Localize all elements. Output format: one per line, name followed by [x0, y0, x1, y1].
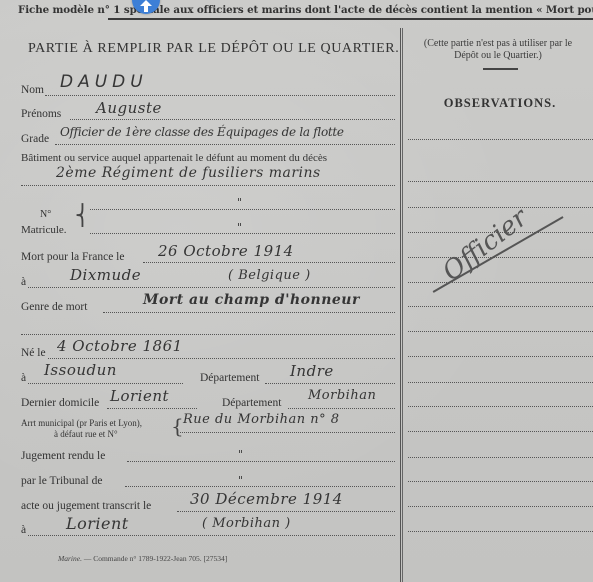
line-tribunal: [125, 486, 395, 487]
value-arrondissement: Rue du Morbihan n° 8: [183, 412, 340, 427]
label-matricule: Matricule.: [21, 224, 67, 236]
value-transcrit-dept: ( Morbihan ): [202, 516, 291, 531]
label-mort-le: Mort pour la France le: [21, 251, 124, 263]
line-transcrit: [177, 511, 395, 512]
label-mort-a: à: [21, 276, 26, 288]
label-prenoms: Prénoms: [21, 108, 61, 120]
value-domicile-departement: Morbihan: [308, 388, 376, 403]
observation-line: [408, 282, 593, 283]
line-ne-a: [28, 383, 183, 384]
observation-line: [408, 531, 593, 532]
label-grade: Grade: [21, 133, 49, 145]
observation-annotation: Officier: [437, 203, 533, 287]
column-divider: [400, 28, 403, 582]
line-ne-le: [48, 358, 395, 359]
label-nom: Nom: [21, 84, 44, 96]
line-grade: [55, 144, 395, 145]
line-jugement: [127, 461, 395, 462]
line-domicile-departement: [288, 408, 395, 409]
value-transcrit: 30 Décembre 1914: [190, 490, 343, 508]
observation-line: [408, 457, 593, 458]
value-mort-pays: ( Belgique ): [228, 268, 311, 283]
value-ne-le: 4 Octobre 1861: [57, 337, 183, 355]
observation-line: [408, 506, 593, 507]
separator-line: [21, 334, 395, 335]
header-underline: [108, 18, 593, 20]
label-arrondissement: Arrt municipal (pr Paris et Lyon),: [21, 418, 142, 428]
line-genre: [103, 312, 395, 313]
label-tribunal: par le Tribunal de: [21, 475, 102, 487]
label-domicile: Dernier domicile: [21, 397, 99, 409]
line-mort-a: [28, 287, 395, 288]
label-arrondissement-rue: à défaut rue et N°: [54, 429, 118, 439]
death-record-card: Fiche modèle n° 1 spéciale aux officiers…: [0, 0, 593, 582]
observation-line: [408, 356, 593, 357]
left-section-title: PARTIE À REMPLIR PAR LE DÉPÔT OU LE QUAR…: [28, 41, 399, 57]
observation-line: [408, 139, 593, 140]
observation-line: [408, 181, 593, 182]
label-jugement: Jugement rendu le: [21, 450, 105, 462]
line-matricule-1: [90, 209, 395, 210]
right-note-rule: [483, 68, 518, 70]
value-mort-a: Dixmude: [70, 266, 141, 284]
observation-line: [408, 257, 593, 258]
value-tribunal: ": [238, 474, 244, 487]
matricule-brace: ⎨: [75, 203, 90, 227]
label-transcrit-a: à: [21, 524, 26, 536]
value-batiment: 2ème Régiment de fusiliers marins: [56, 165, 321, 181]
observation-line: [408, 406, 593, 407]
label-ne-le: Né le: [21, 347, 46, 359]
label-genre: Genre de mort: [21, 301, 87, 313]
footer-order: — Commande n° 1789-1922-Jean 705. [27534…: [84, 554, 227, 563]
label-transcrit: acte ou jugement transcrit le: [21, 500, 151, 512]
value-nom: DAUDU: [60, 72, 148, 92]
observation-line: [408, 306, 593, 307]
label-domicile-departement: Département: [222, 397, 281, 409]
observation-line: [408, 207, 593, 208]
observation-line: [408, 331, 593, 332]
observation-line: [408, 382, 593, 383]
observation-line: [408, 481, 593, 482]
value-domicile: Lorient: [110, 387, 169, 405]
line-ne-departement: [265, 383, 395, 384]
line-transcrit-a: [28, 535, 395, 536]
line-batiment: [21, 185, 395, 186]
card-header: Fiche modèle n° 1 spéciale aux officiers…: [18, 4, 593, 16]
label-ne-a: à: [21, 372, 26, 384]
value-grade: Officier de 1ère classe des Équipages de…: [60, 125, 344, 139]
value-prenoms: Auguste: [96, 99, 162, 117]
line-arrondissement: [180, 432, 395, 433]
value-ne-departement: Indre: [290, 362, 334, 380]
header-model-number: Fiche modèle n° 1: [18, 4, 120, 16]
value-mort-le: 26 Octobre 1914: [158, 242, 294, 260]
line-domicile: [107, 408, 197, 409]
observations-title: OBSERVATIONS.: [405, 96, 593, 111]
value-genre: Mort au champ d'honneur: [143, 292, 360, 308]
label-batiment: Bâtiment ou service auquel appartenait l…: [21, 152, 327, 164]
right-column-note: (Cette partie n'est pas à utiliser par l…: [418, 38, 578, 62]
value-transcrit-a: Lorient: [66, 514, 129, 533]
value-matricule-2: ": [237, 221, 243, 234]
label-ne-departement: Département: [200, 372, 259, 384]
footer-marine: Marine.: [58, 554, 82, 563]
arrondissement-brace: {: [171, 414, 184, 438]
header-description: spéciale aux officiers et marins dont l'…: [124, 4, 593, 16]
value-ne-a: Issoudun: [44, 361, 117, 379]
line-prenoms: [70, 119, 395, 120]
arrow-up-icon: [140, 0, 152, 12]
print-footer: Marine. — Commande n° 1789-1922-Jean 705…: [58, 554, 227, 563]
value-jugement: ": [238, 448, 244, 461]
value-matricule-1: ": [237, 196, 243, 209]
label-matricule-no: N°: [40, 209, 51, 220]
observation-line: [408, 431, 593, 432]
line-nom: [45, 95, 395, 96]
line-mort-le: [143, 262, 395, 263]
